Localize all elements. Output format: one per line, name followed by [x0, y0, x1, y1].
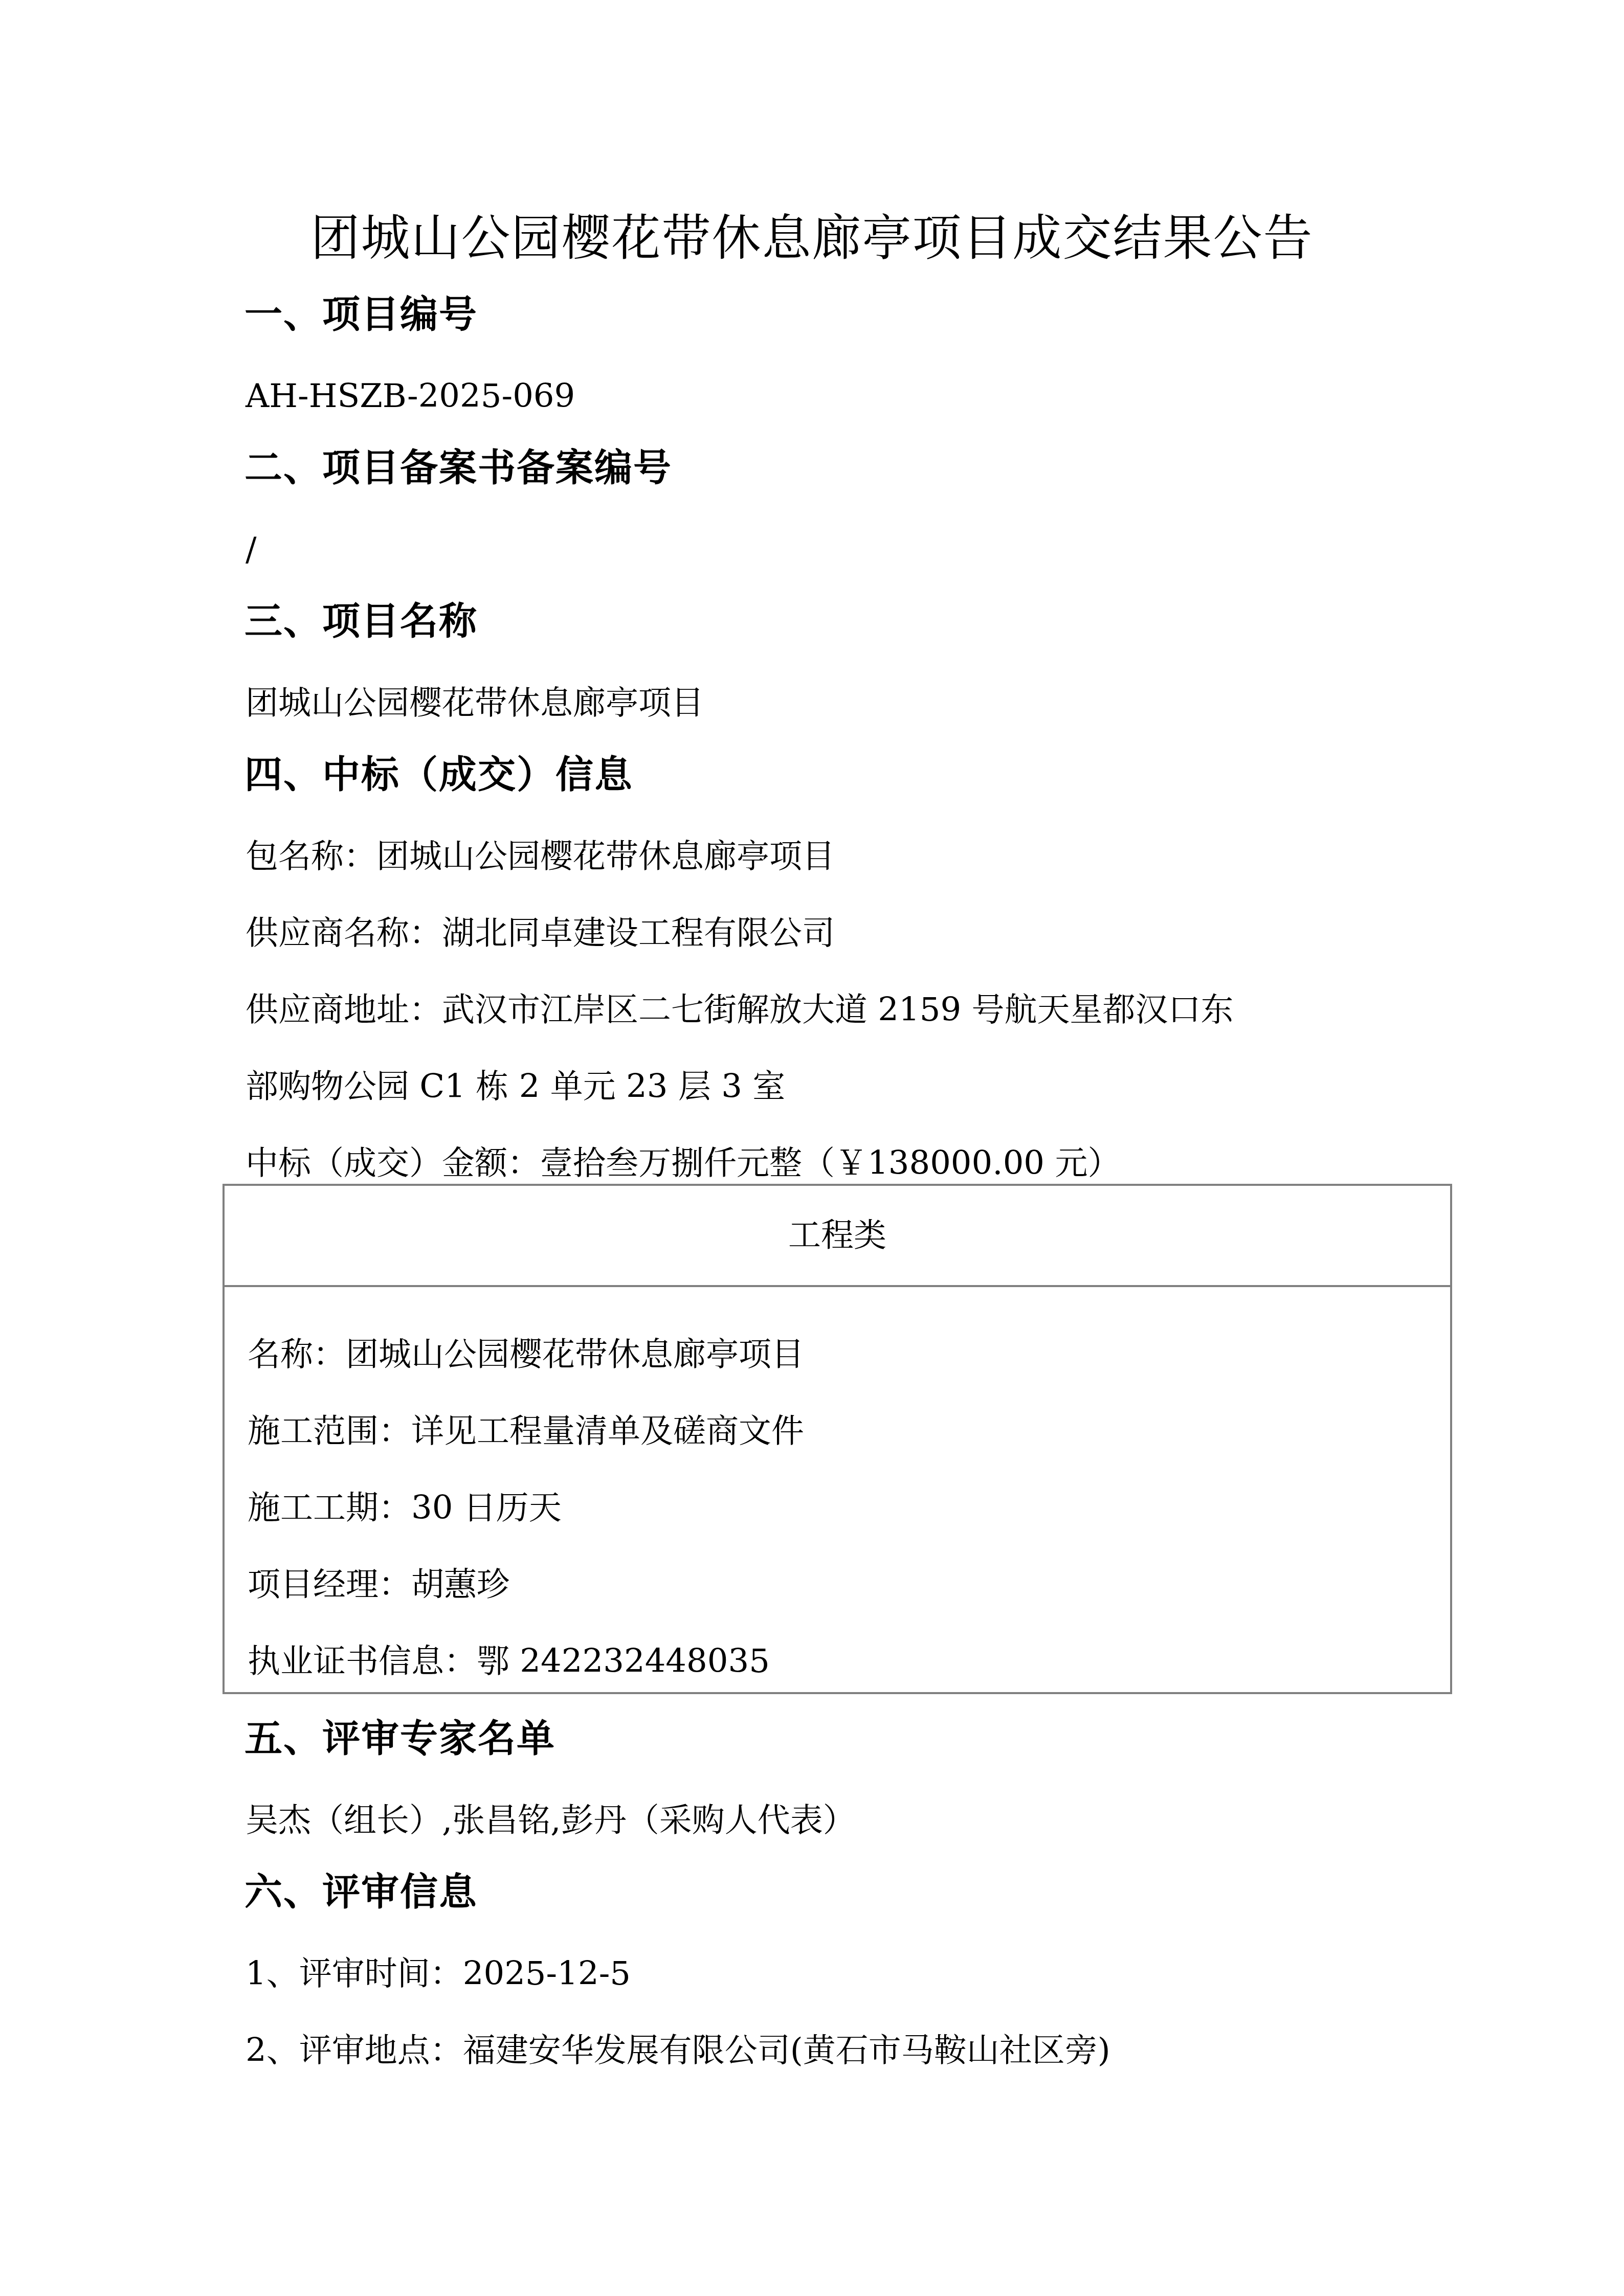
- section-heading-expert-list: 五、评审专家名单: [244, 1716, 555, 1762]
- project-number-value: AH-HSZB-2025-069: [246, 376, 575, 417]
- section-heading-review-info: 六、评审信息: [244, 1869, 478, 1915]
- section-heading-project-number: 一、项目编号: [244, 291, 478, 337]
- filing-number-value: /: [246, 529, 257, 570]
- table-header-engineering-category: 工程类: [225, 1186, 1450, 1287]
- supplier-address-line1: 供应商地址：武汉市江岸区二七街解放大道 2159 号航天星都汉口东: [246, 989, 1234, 1030]
- review-time: 1、评审时间：2025-12-5: [246, 1953, 631, 1994]
- section-heading-project-name: 三、项目名称: [244, 598, 478, 644]
- document-page: 团城山公园樱花带休息廊亭项目成交结果公告 一、项目编号 AH-HSZB-2025…: [0, 0, 1624, 2296]
- supplier-address-line2: 部购物公园 C1 栋 2 单元 23 层 3 室: [246, 1066, 785, 1107]
- award-amount: 中标（成交）金额：壹拾叁万捌仟元整（￥138000.00 元）: [246, 1143, 1120, 1184]
- document-title: 团城山公园樱花带休息廊亭项目成交结果公告: [0, 207, 1624, 268]
- table-row-construction-period: 施工工期：30 日历天: [248, 1488, 562, 1528]
- table-row-name: 名称：团城山公园樱花带休息廊亭项目: [248, 1334, 804, 1375]
- engineering-info-table: 工程类 名称：团城山公园樱花带休息廊亭项目 施工范围：详见工程量清单及磋商文件 …: [223, 1184, 1452, 1694]
- supplier-name: 供应商名称：湖北同卓建设工程有限公司: [246, 913, 835, 954]
- table-row-certificate-info: 执业证书信息：鄂 242232448035: [248, 1641, 770, 1682]
- section-heading-award-info: 四、中标（成交）信息: [244, 752, 633, 798]
- expert-list-value: 吴杰（组长）,张昌铭,彭丹（采购人代表）: [246, 1800, 856, 1841]
- review-location: 2、评审地点：福建安华发展有限公司(黄石市马鞍山社区旁): [246, 2030, 1110, 2071]
- table-row-project-manager: 项目经理：胡蕙珍: [248, 1564, 509, 1605]
- project-name-value: 团城山公园樱花带休息廊亭项目: [246, 683, 704, 724]
- table-row-construction-scope: 施工范围：详见工程量清单及磋商文件: [248, 1411, 804, 1452]
- section-heading-filing-number: 二、项目备案书备案编号: [244, 445, 672, 491]
- package-name: 包名称：团城山公园樱花带休息廊亭项目: [246, 836, 835, 877]
